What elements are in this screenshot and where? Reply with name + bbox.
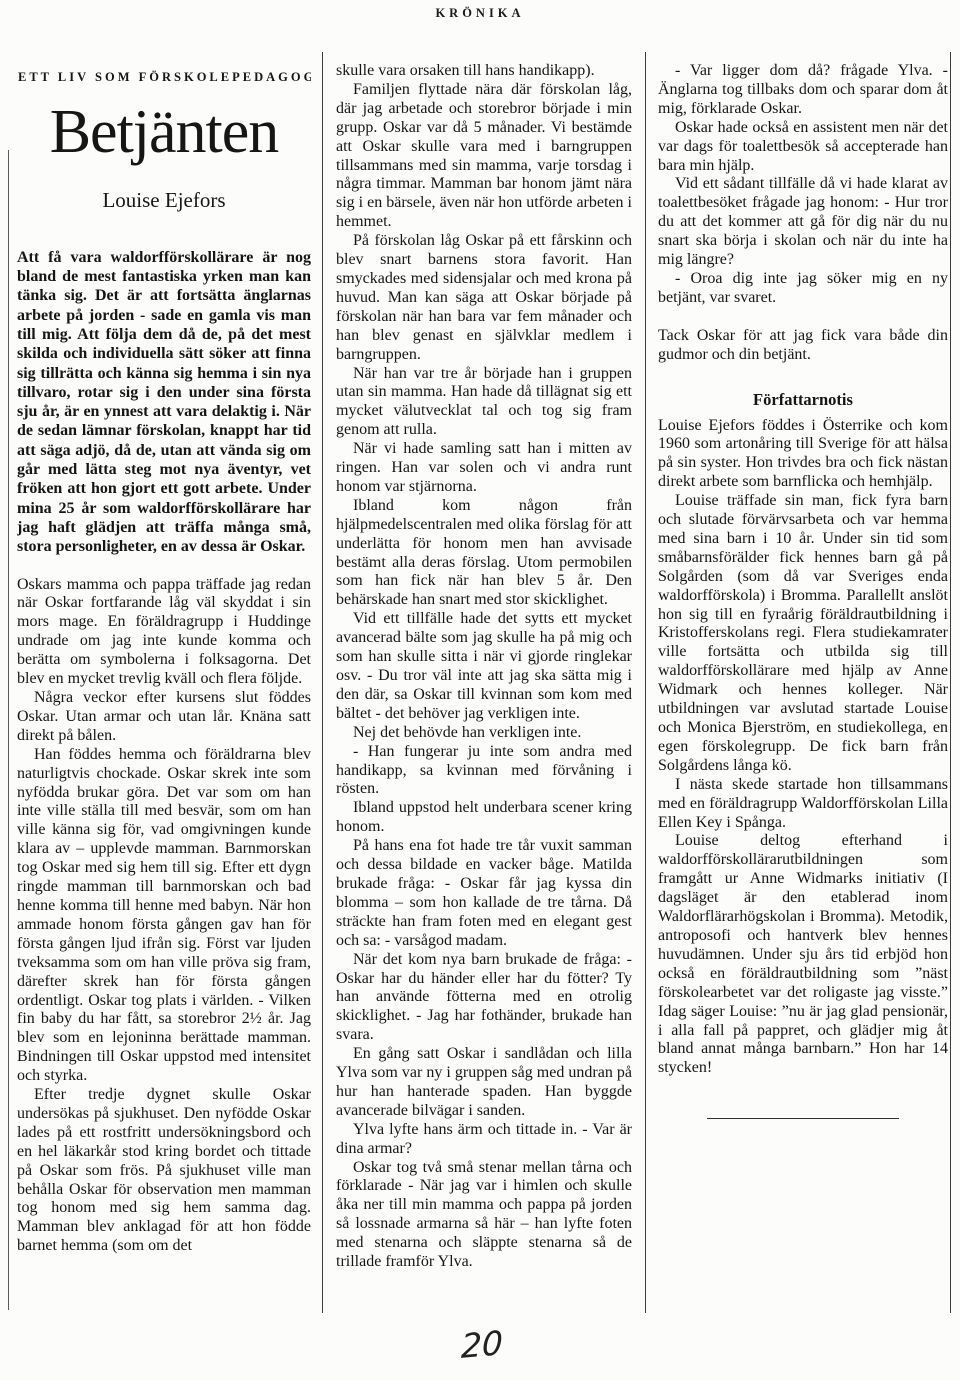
column-divider-1	[322, 52, 323, 1313]
paragraph: - Var ligger dom då? frågade Ylva. - Äng…	[658, 62, 948, 119]
page-edge-right-line	[950, 52, 951, 1313]
byline: Louise Ejefors	[17, 191, 311, 210]
column-left: ETT LIV SOM FÖRSKOLEPEDAGOG Betjänten Lo…	[17, 62, 311, 1317]
paragraph: Nej det behövde han verkligen inte.	[336, 724, 632, 743]
column-divider-2	[645, 52, 646, 1313]
paragraph: Ibland kom någon från hjälpmedelscentral…	[336, 497, 632, 610]
paragraph: Oskar tog två små stenar mellan tårna oc…	[336, 1159, 632, 1272]
paragraph: På förskolan låg Oskar på ett fårskinn o…	[336, 232, 632, 364]
paragraph: I nästa skede startade hon tillsammans m…	[658, 776, 948, 833]
paragraph: Oskar hade också en assistent men när de…	[658, 119, 948, 176]
article-title: Betjänten	[17, 101, 311, 163]
kronika-magazine-page: KRÖNIKA ETT LIV SOM FÖRSKOLEPEDAGOG Betj…	[0, 0, 960, 1380]
paragraph: Louise Ejefors föddes i Österrike och ko…	[658, 417, 948, 493]
page-edge-left-line	[8, 150, 9, 1310]
paragraph: skulle vara orsaken till hans handikapp)…	[336, 62, 632, 81]
paragraph: När det kom nya barn brukade de fråga: -…	[336, 951, 632, 1046]
paragraph: Louise träffade sin man, fick fyra barn …	[658, 492, 948, 776]
paragraph: Vid ett tillfälle hade det sytts ett myc…	[336, 610, 632, 723]
paragraph: När vi hade samling satt han i mitten av…	[336, 440, 632, 497]
end-of-article-rule	[707, 1118, 899, 1119]
paragraph: Några veckor efter kursens slut föddes O…	[17, 689, 311, 746]
paragraph: Ylva lyfte hans ärm och tittade in. - Va…	[336, 1121, 632, 1159]
paragraph: Ibland uppstod helt underbara scener kri…	[336, 799, 632, 837]
closing-thanks-paragraph: Tack Oskar för att jag fick vara både di…	[658, 327, 948, 365]
paragraph: Efter tredje dygnet skulle Oskar undersö…	[17, 1086, 311, 1256]
lead-paragraph: Att få vara waldorfförskollärare är nog …	[17, 248, 311, 557]
paragraph: När han var tre år började han i gruppen…	[336, 365, 632, 441]
paragraph: Vid ett sådant tillfälle då vi hade klar…	[658, 175, 948, 270]
page-number: 20	[452, 1322, 512, 1366]
paragraph: - Oroa dig inte jag söker mig en ny betj…	[658, 270, 948, 308]
paragraph: En gång satt Oskar i sandlådan och lilla…	[336, 1045, 632, 1121]
column-middle: skulle vara orsaken till hans handikapp)…	[336, 62, 632, 1317]
paragraph: - Han fungerar ju inte som andra med han…	[336, 743, 632, 800]
column-right: - Var ligger dom då? frågade Ylva. - Äng…	[658, 62, 948, 1317]
running-head: KRÖNIKA	[0, 6, 960, 21]
paragraph: Oskars mamma och pappa träffade jag reda…	[17, 576, 311, 689]
paragraph: Louise deltog efterhand i waldorfförskol…	[658, 832, 948, 1078]
authors-note-heading: Författarnotis	[658, 391, 948, 410]
paragraph: På hans ena fot hade tre tår vuxit samma…	[336, 837, 632, 950]
paragraph: Han föddes hemma och föräldrarna blev na…	[17, 746, 311, 1086]
paragraph: Familjen flyttade nära där förskolan låg…	[336, 81, 632, 232]
kicker: ETT LIV SOM FÖRSKOLEPEDAGOG	[18, 68, 311, 87]
